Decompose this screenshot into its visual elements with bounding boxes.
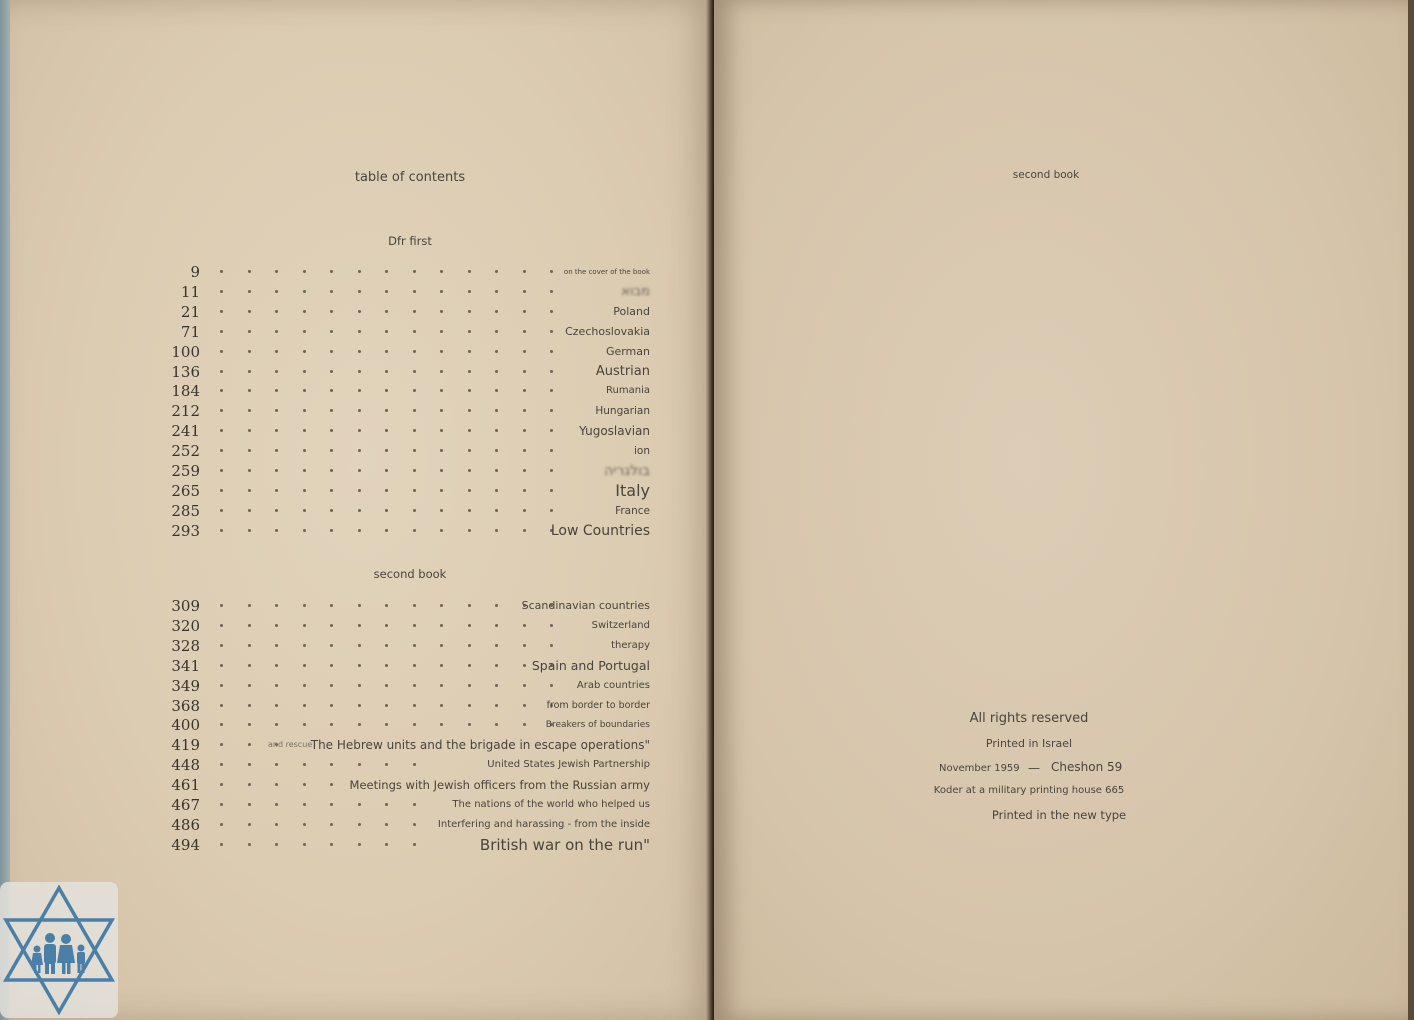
toc-entry: 241Yugoslavian (170, 421, 650, 441)
toc-dot-leader (220, 290, 578, 294)
toc-dot-leader (220, 270, 578, 274)
toc-chapter-title: The nations of the world who helped us (452, 795, 650, 815)
toc-page-number: 241 (170, 421, 200, 441)
toc-page-number: 11 (170, 282, 200, 302)
toc-dot-leader (220, 370, 578, 374)
toc-dot-leader (220, 429, 578, 433)
toc-dot-leader (220, 330, 578, 334)
toc-chapter-title: therapy (611, 636, 650, 656)
date-gregorian: November 1959 (939, 763, 1019, 774)
toc-page-number: 309 (170, 596, 200, 616)
toc-dot-leader (220, 350, 578, 354)
toc-entry: 349Arab countries (170, 676, 650, 696)
toc-dot-leader (220, 509, 578, 513)
toc-entry: 400Breakers of boundaries (170, 715, 650, 735)
scanner-edge-right (1408, 0, 1414, 1020)
part-one-title: Dfr first (310, 234, 510, 248)
toc-chapter-title: Breakers of boundaries (546, 715, 650, 735)
toc-chapter-title: Arab countries (577, 676, 650, 696)
toc-page-number: 252 (170, 441, 200, 461)
toc-entry: 9on the cover of the book (170, 262, 650, 282)
rights-reserved: All rights reserved (929, 711, 1129, 726)
toc-entry: 467The nations of the world who helped u… (170, 795, 650, 815)
toc-chapter-title: Meetings with Jewish officers from the R… (350, 775, 650, 795)
toc-page-number: 136 (170, 362, 200, 382)
toc-entry: 285France (170, 501, 650, 521)
toc-page-number: 100 (170, 342, 200, 362)
toc-entry: 320Switzerland (170, 616, 650, 636)
toc-chapter-title: Interfering and harassing - from the ins… (438, 815, 650, 835)
toc-aside-note: and rescue (268, 735, 312, 755)
toc-dot-leader (220, 389, 578, 393)
toc-page-number: 265 (170, 481, 200, 501)
toc-page-number: 21 (170, 302, 200, 322)
toc-page-number: 184 (170, 381, 200, 401)
toc-dot-leader (220, 763, 440, 767)
toc-entry: 461Meetings with Jewish officers from th… (170, 775, 650, 795)
toc-chapter-title: Yugoslavian (579, 421, 650, 441)
toc-page-number: 419 (170, 735, 200, 755)
toc-entry: 136Austrian (170, 362, 650, 382)
toc-entry: 11מבוא (170, 282, 650, 302)
toc-page-number: 349 (170, 676, 200, 696)
toc-page-number: 328 (170, 636, 200, 656)
toc-chapter-title: Scandinavian countries (522, 596, 650, 616)
toc-entry: 265Italy (170, 481, 650, 501)
toc-entry: 309Scandinavian countries (170, 596, 650, 616)
toc-chapter-title: מבוא (621, 282, 650, 302)
toc-page-number: 71 (170, 322, 200, 342)
right-page: second book All rights reserved Printed … (714, 0, 1408, 1020)
toc-entry: 494British war on the run" (170, 835, 650, 855)
toc-entry: 486Interfering and harassing - from the … (170, 815, 650, 835)
toc-chapter-title: British war on the run" (480, 835, 650, 855)
toc-chapter-title: Austrian (596, 362, 650, 382)
toc-dot-leader (220, 469, 578, 473)
printed-in: Printed in Israel (949, 737, 1109, 750)
toc-dot-leader (220, 783, 358, 787)
toc-page-number: 368 (170, 696, 200, 716)
left-page: table of contents Dfr first 9on the cove… (10, 0, 716, 1020)
type-note: Printed in the new type (969, 808, 1149, 822)
part-two-title: second book (310, 567, 510, 581)
toc-page-number: 212 (170, 401, 200, 421)
toc-chapter-title: United States Jewish Partnership (487, 755, 650, 775)
toc-entry: 21Poland (170, 302, 650, 322)
toc-page-number: 341 (170, 656, 200, 676)
toc-chapter-title: Rumania (606, 381, 650, 401)
toc-entry: 184Rumania (170, 381, 650, 401)
toc-dot-leader (220, 409, 578, 413)
date-hebrew: Cheshon 59 (1051, 760, 1131, 774)
toc-entry: 368from border to border (170, 696, 650, 716)
toc-page-number: 486 (170, 815, 200, 835)
toc-chapter-title: בולגריה (604, 461, 650, 481)
toc-page-number: 320 (170, 616, 200, 636)
toc-entry: 328therapy (170, 636, 650, 656)
toc-dot-leader (220, 803, 440, 807)
date-separator: — (1024, 761, 1044, 775)
toc-page-number: 293 (170, 521, 200, 541)
printer: Koder at a military printing house 665 (929, 785, 1129, 796)
toc-chapter-title: Italy (615, 481, 650, 501)
toc-dot-leader (220, 624, 578, 628)
toc-page-number: 259 (170, 461, 200, 481)
toc-chapter-title: Hungarian (595, 401, 650, 421)
star-of-david-family-icon (0, 882, 118, 1018)
toc-chapter-title: France (615, 501, 650, 521)
toc-dot-leader (220, 310, 578, 314)
toc-page-number: 461 (170, 775, 200, 795)
toc-chapter-title: from border to border (547, 696, 650, 716)
toc-dot-leader (220, 684, 578, 688)
toc-chapter-title: on the cover of the book (564, 262, 650, 282)
toc-chapter-title: Czechoslovakia (565, 322, 650, 342)
toc-dot-leader (220, 449, 578, 453)
toc-entry: 259בולגריה (170, 461, 650, 481)
toc-entry: 341Spain and Portugal (170, 656, 650, 676)
toc-dot-leader (220, 843, 440, 847)
toc-chapter-title: German (606, 342, 650, 362)
toc-page-number: 400 (170, 715, 200, 735)
toc-dot-leader (220, 823, 440, 827)
toc-chapter-title: ion (634, 441, 650, 461)
toc-page-number: 9 (170, 262, 200, 282)
toc-chapter-title: Switzerland (592, 616, 650, 636)
toc-dot-leader (220, 723, 578, 727)
toc-dot-leader (220, 664, 578, 668)
toc-chapter-title: The Hebrew units and the brigade in esca… (311, 735, 650, 755)
toc-entry: 293Low Countries (170, 521, 650, 541)
right-page-header: second book (976, 169, 1116, 181)
watermark-logo (0, 882, 118, 1018)
toc-chapter-title: Spain and Portugal (532, 656, 650, 676)
toc-entry: 252ion (170, 441, 650, 461)
toc-chapter-title: Poland (613, 302, 650, 322)
toc-entry: 71Czechoslovakia (170, 322, 650, 342)
toc-page-number: 448 (170, 755, 200, 775)
toc-page-number: 285 (170, 501, 200, 521)
toc-entry: 448United States Jewish Partnership (170, 755, 650, 775)
toc-entry: 100German (170, 342, 650, 362)
toc-dot-leader (220, 489, 578, 493)
toc-title: table of contents (310, 170, 510, 185)
toc-entry: 212Hungarian (170, 401, 650, 421)
toc-entry: 419and rescueThe Hebrew units and the br… (170, 735, 650, 755)
toc-page-number: 467 (170, 795, 200, 815)
toc-dot-leader (220, 644, 578, 648)
toc-dot-leader (220, 529, 578, 533)
toc-page-number: 494 (170, 835, 200, 855)
toc-dot-leader (220, 704, 578, 708)
toc-chapter-title: Low Countries (551, 521, 650, 541)
